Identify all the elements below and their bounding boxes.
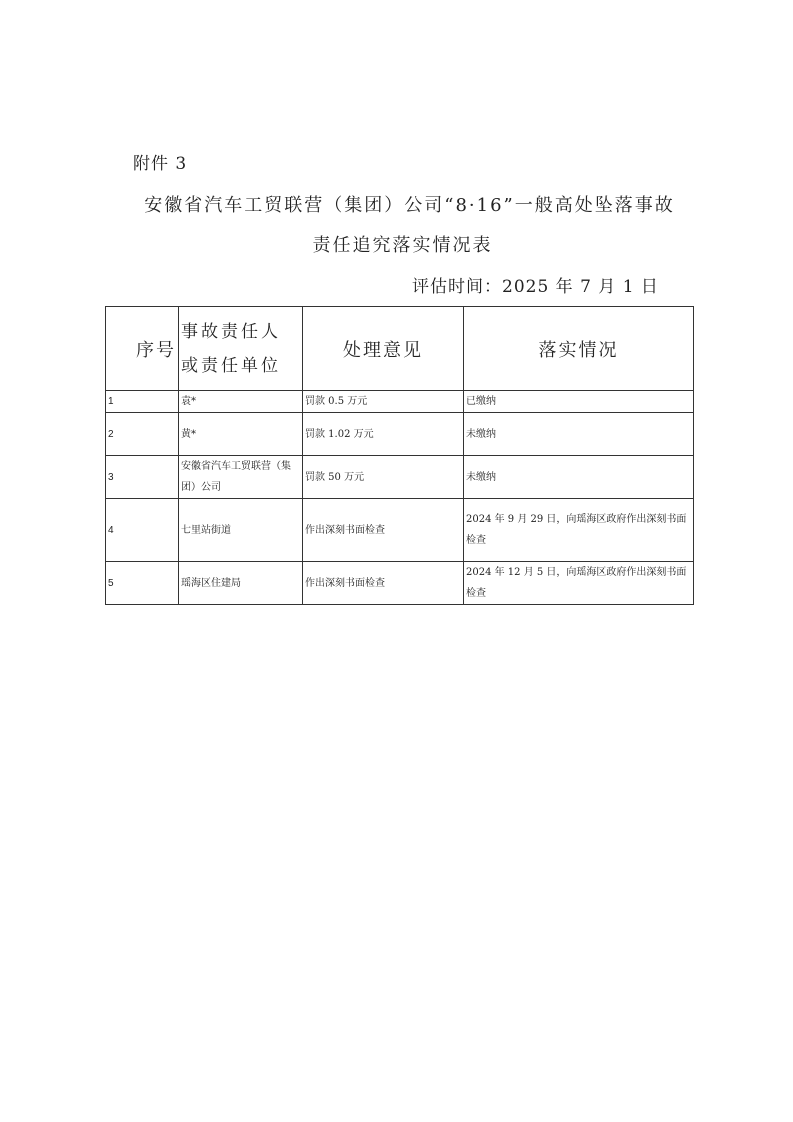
cell-status: 未缴纳	[464, 456, 694, 499]
header-status: 落实情况	[464, 307, 694, 391]
accountability-table: 序号 事故责任人或责任单位 处理意见 落实情况 1 袁* 罚款 0.5 万元 已…	[105, 306, 694, 605]
cell-opinion: 罚款 0.5 万元	[303, 391, 464, 413]
cell-party: 七里站街道	[179, 499, 303, 562]
cell-status: 2024 年 9 月 29 日，向瑶海区政府作出深刻书面检查	[464, 499, 694, 562]
cell-status: 已缴纳	[464, 391, 694, 413]
cell-opinion: 作出深刻书面检查	[303, 562, 464, 605]
cell-seq: 4	[106, 499, 179, 562]
table-row: 4 七里站街道 作出深刻书面检查 2024 年 9 月 29 日，向瑶海区政府作…	[106, 499, 694, 562]
cell-opinion: 罚款 50 万元	[303, 456, 464, 499]
header-seq: 序号	[106, 307, 179, 391]
table-row: 2 黄* 罚款 1.02 万元 未缴纳	[106, 413, 694, 456]
header-opinion: 处理意见	[303, 307, 464, 391]
table-row: 1 袁* 罚款 0.5 万元 已缴纳	[106, 391, 694, 413]
cell-opinion: 作出深刻书面检查	[303, 499, 464, 562]
evaluation-date: 评估时间：2025 年 7 月 1 日	[412, 272, 659, 297]
table-row: 5 瑶海区住建局 作出深刻书面检查 2024 年 12 月 5 日，向瑶海区政府…	[106, 562, 694, 605]
cell-status: 未缴纳	[464, 413, 694, 456]
header-party: 事故责任人或责任单位	[179, 307, 303, 391]
cell-seq: 2	[106, 413, 179, 456]
cell-opinion: 罚款 1.02 万元	[303, 413, 464, 456]
table-header-row: 序号 事故责任人或责任单位 处理意见 落实情况	[106, 307, 694, 391]
cell-seq: 3	[106, 456, 179, 499]
table-row: 3 安徽省汽车工贸联营（集团）公司 罚款 50 万元 未缴纳	[106, 456, 694, 499]
document-subtitle: 责任追究落实情况表	[0, 231, 793, 257]
cell-status: 2024 年 12 月 5 日，向瑶海区政府作出深刻书面检查	[464, 562, 694, 605]
cell-party: 黄*	[179, 413, 303, 456]
cell-party: 安徽省汽车工贸联营（集团）公司	[179, 456, 303, 499]
cell-seq: 1	[106, 391, 179, 413]
cell-seq: 5	[106, 562, 179, 605]
annex-label: 附件 3	[133, 149, 187, 174]
cell-party: 袁*	[179, 391, 303, 413]
cell-party: 瑶海区住建局	[179, 562, 303, 605]
document-title: 安徽省汽车工贸联营（集团）公司“8·16”一般高处坠落事故	[0, 191, 793, 217]
